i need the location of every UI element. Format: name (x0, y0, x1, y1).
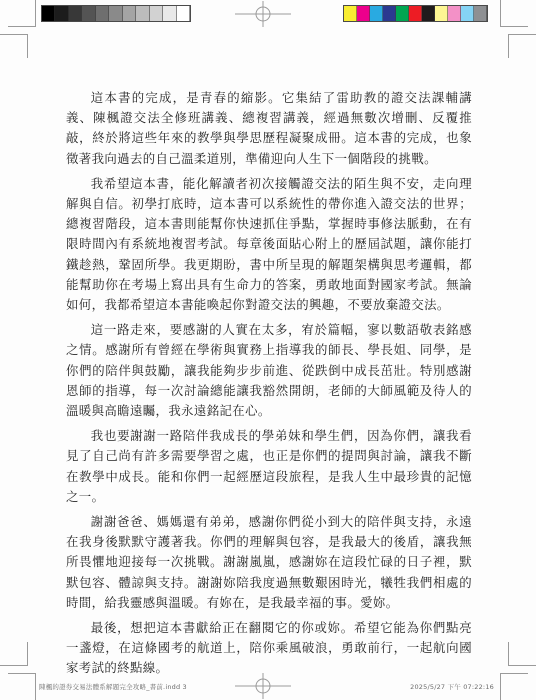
paragraph: 我也要謝謝一路陪伴我成長的學弟妹和學生們，因為你們，讓我看見了自己尚有許多需要學… (66, 426, 472, 507)
color-swatch (177, 6, 190, 21)
paragraph: 我希望這本書，能化解讀者初次接觸證交法的陌生與不安，走向理解與自信。初學打底時，… (66, 174, 472, 315)
paragraph: 這一路走來，要感謝的人實在太多，宥於篇幅，寥以數語敬表銘感之情。感謝所有曾經在學… (66, 320, 472, 421)
registration-mark-icon (235, 0, 291, 28)
color-swatch (163, 6, 176, 21)
paragraph: 最後，想把這本書獻給正在翻閱它的你或妳。希望它能為你們點亮一盞燈，在這條國考的航… (66, 618, 472, 679)
color-swatch (461, 6, 474, 21)
color-swatch (123, 6, 136, 21)
color-swatch (435, 6, 448, 21)
slug-timestamp: 2025/5/27 下午 07:22:16 (410, 682, 494, 691)
color-swatch (422, 6, 435, 21)
grayscale-calibration-bar (41, 5, 191, 22)
paragraph: 這本書的完成，是青春的縮影。它集結了雷助教的證交法課輔講義、陳楓證交法全修班講義… (66, 88, 472, 169)
color-swatch (448, 6, 461, 21)
color-swatch (136, 6, 149, 21)
color-swatch (150, 6, 163, 21)
color-swatch (396, 6, 409, 21)
color-swatch (344, 6, 357, 21)
color-swatch (69, 6, 82, 21)
slug-file-name: 陳楓的證券交易法體系解題完全攻略_書前.indd 3 (39, 682, 187, 691)
color-swatch (409, 6, 422, 21)
color-swatch (383, 6, 396, 21)
paragraph: 謝謝爸爸、媽媽還有弟弟，感謝你們從小到大的陪伴與支持，永遠在我身後默默守護著我。… (66, 512, 472, 613)
color-swatch (42, 6, 55, 21)
body-text: 這本書的完成，是青春的縮影。它集結了雷助教的證交法課輔講義、陳楓證交法全修班講義… (66, 88, 472, 684)
color-swatch (82, 6, 95, 21)
color-swatch (474, 6, 487, 21)
color-swatch (55, 6, 68, 21)
color-swatch (370, 6, 383, 21)
color-swatch (96, 6, 109, 21)
print-proof-page: { "page": { "paragraphs": [ "這本書的完成，是青春的… (0, 0, 536, 700)
color-calibration-bar (343, 5, 488, 22)
color-swatch (357, 6, 370, 21)
color-swatch (109, 6, 122, 21)
